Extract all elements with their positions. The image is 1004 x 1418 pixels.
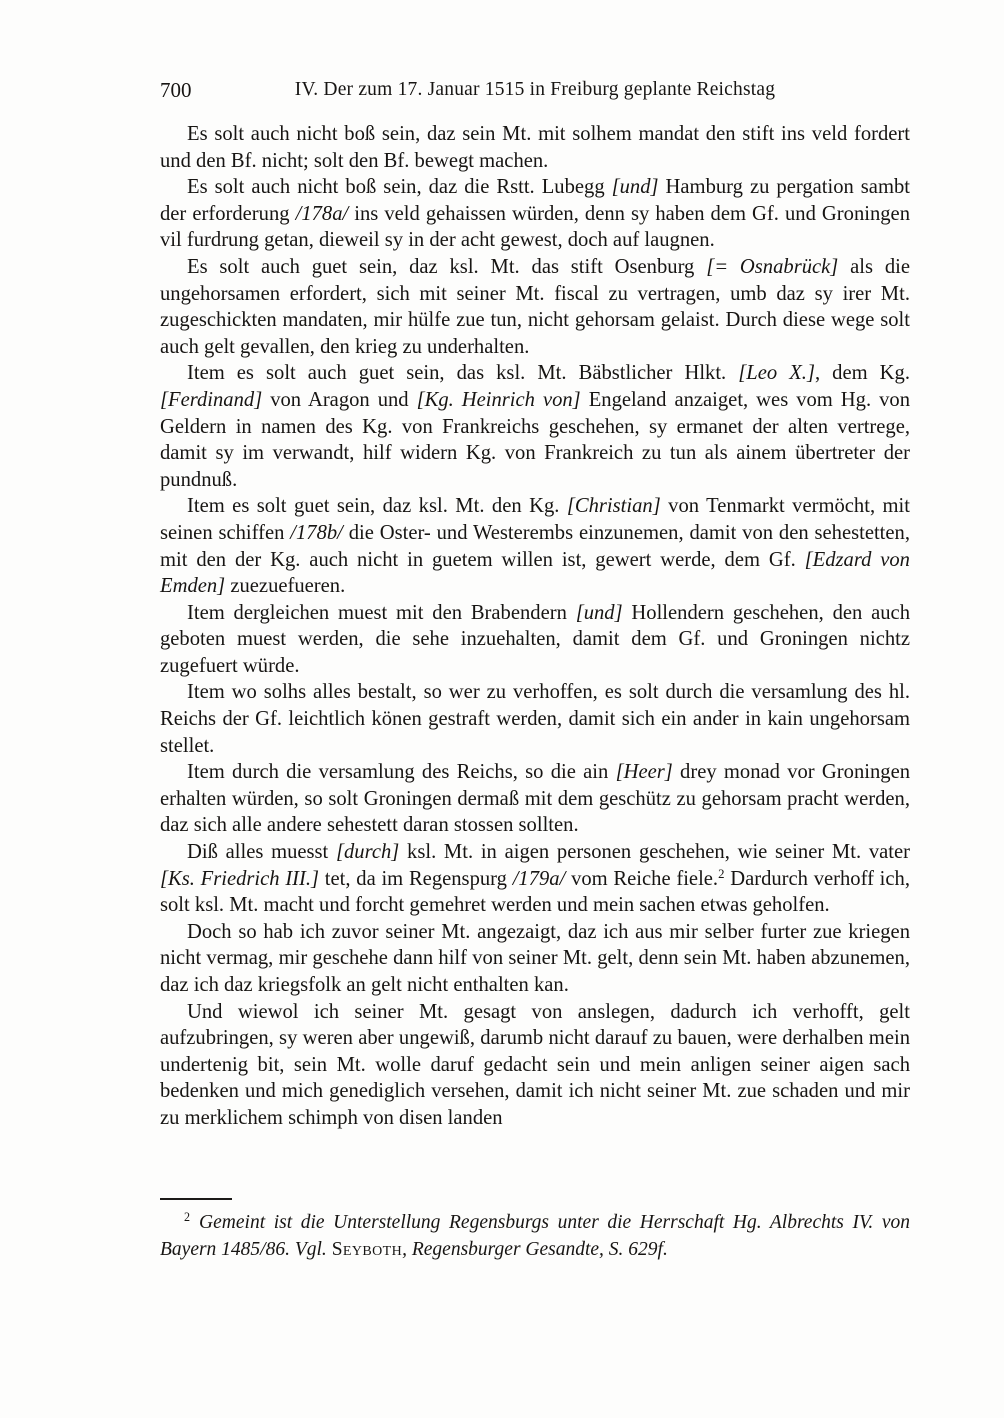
footnote-marker: 2	[184, 1210, 190, 1224]
text-segment: Item es solt guet sein, daz ksl. Mt. den…	[187, 495, 567, 517]
text-segment: [Leo X.]	[738, 362, 815, 384]
text-segment: /178b/	[290, 522, 343, 544]
body-paragraph: Item es solt guet sein, daz ksl. Mt. den…	[160, 493, 910, 599]
text-segment: 2	[718, 867, 724, 881]
text-segment: [Christian]	[567, 495, 661, 517]
text-segment: [und]	[612, 176, 659, 198]
text-segment: zuezuefueren.	[225, 575, 345, 597]
text-segment: [= Osnabrück]	[706, 256, 838, 278]
text-segment: Und wiewol ich seiner Mt. gesagt von ans…	[160, 1001, 910, 1129]
text-segment: /179a/	[513, 868, 566, 890]
text-segment: Item durch die versamlung des Reichs, so…	[187, 761, 616, 783]
text-segment: [und]	[576, 602, 623, 624]
text-segment: [Ks. Friedrich III.]	[160, 868, 319, 890]
body-paragraph: Item es solt auch guet sein, das ksl. Mt…	[160, 360, 910, 493]
text-segment: ksl. Mt. in aigen personen geschehen, wi…	[399, 841, 910, 863]
text-segment: Item dergleichen muest mit den Brabender…	[187, 602, 576, 624]
footnote-block: 2Gemeint ist die Unterstellung Regensbur…	[160, 1198, 910, 1263]
text-segment: Es solt auch nicht boß sein, daz die Rst…	[187, 176, 612, 198]
text-segment: Doch so hab ich zuvor seiner Mt. angezai…	[160, 921, 910, 996]
footnote: 2Gemeint ist die Unterstellung Regensbur…	[160, 1209, 910, 1263]
body-paragraph: Und wiewol ich seiner Mt. gesagt von ans…	[160, 999, 910, 1132]
text-segment: , Regensburger Gesandte, S. 629f.	[402, 1239, 668, 1260]
body-text: Es solt auch nicht boß sein, daz sein Mt…	[160, 121, 910, 1185]
text-segment: , dem Kg.	[815, 362, 910, 384]
body-paragraph: Item dergleichen muest mit den Brabender…	[160, 600, 910, 680]
running-header-title: IV. Der zum 17. Januar 1515 in Freiburg …	[160, 78, 910, 102]
text-segment: von Aragon und	[262, 389, 416, 411]
text-segment: Item wo solhs alles bestalt, so wer zu v…	[160, 681, 910, 756]
page-number: 700	[160, 78, 192, 102]
text-segment: Seyboth	[332, 1239, 402, 1260]
text-segment: [Heer]	[616, 761, 673, 783]
body-paragraph: Diß alles muesst [durch] ksl. Mt. in aig…	[160, 839, 910, 919]
text-segment: [Ferdinand]	[160, 389, 262, 411]
body-paragraph: Doch so hab ich zuvor seiner Mt. angezai…	[160, 919, 910, 999]
text-segment: Es solt auch nicht boß sein, daz sein Mt…	[160, 123, 910, 172]
text-segment: [durch]	[336, 841, 399, 863]
book-page: 700 IV. Der zum 17. Januar 1515 in Freib…	[0, 0, 1004, 1418]
text-segment: Diß alles muesst	[187, 841, 336, 863]
text-segment: tet, da im Regenspurg	[319, 868, 513, 890]
body-paragraph: Item durch die versamlung des Reichs, so…	[160, 759, 910, 839]
body-paragraph: Item wo solhs alles bestalt, so wer zu v…	[160, 679, 910, 759]
text-segment: vom Reiche fiele.	[565, 868, 718, 890]
footnote-rule	[160, 1198, 232, 1200]
running-head: 700 IV. Der zum 17. Januar 1515 in Freib…	[160, 78, 910, 102]
text-segment: Es solt auch guet sein, daz ksl. Mt. das…	[187, 256, 706, 278]
text-segment: Item es solt auch guet sein, das ksl. Mt…	[187, 362, 738, 384]
body-paragraph: Es solt auch guet sein, daz ksl. Mt. das…	[160, 254, 910, 360]
body-paragraph: Es solt auch nicht boß sein, daz sein Mt…	[160, 121, 910, 174]
body-paragraph: Es solt auch nicht boß sein, daz die Rst…	[160, 174, 910, 254]
text-segment: [Kg. Heinrich von]	[417, 389, 581, 411]
text-segment: /178a/	[296, 203, 349, 225]
